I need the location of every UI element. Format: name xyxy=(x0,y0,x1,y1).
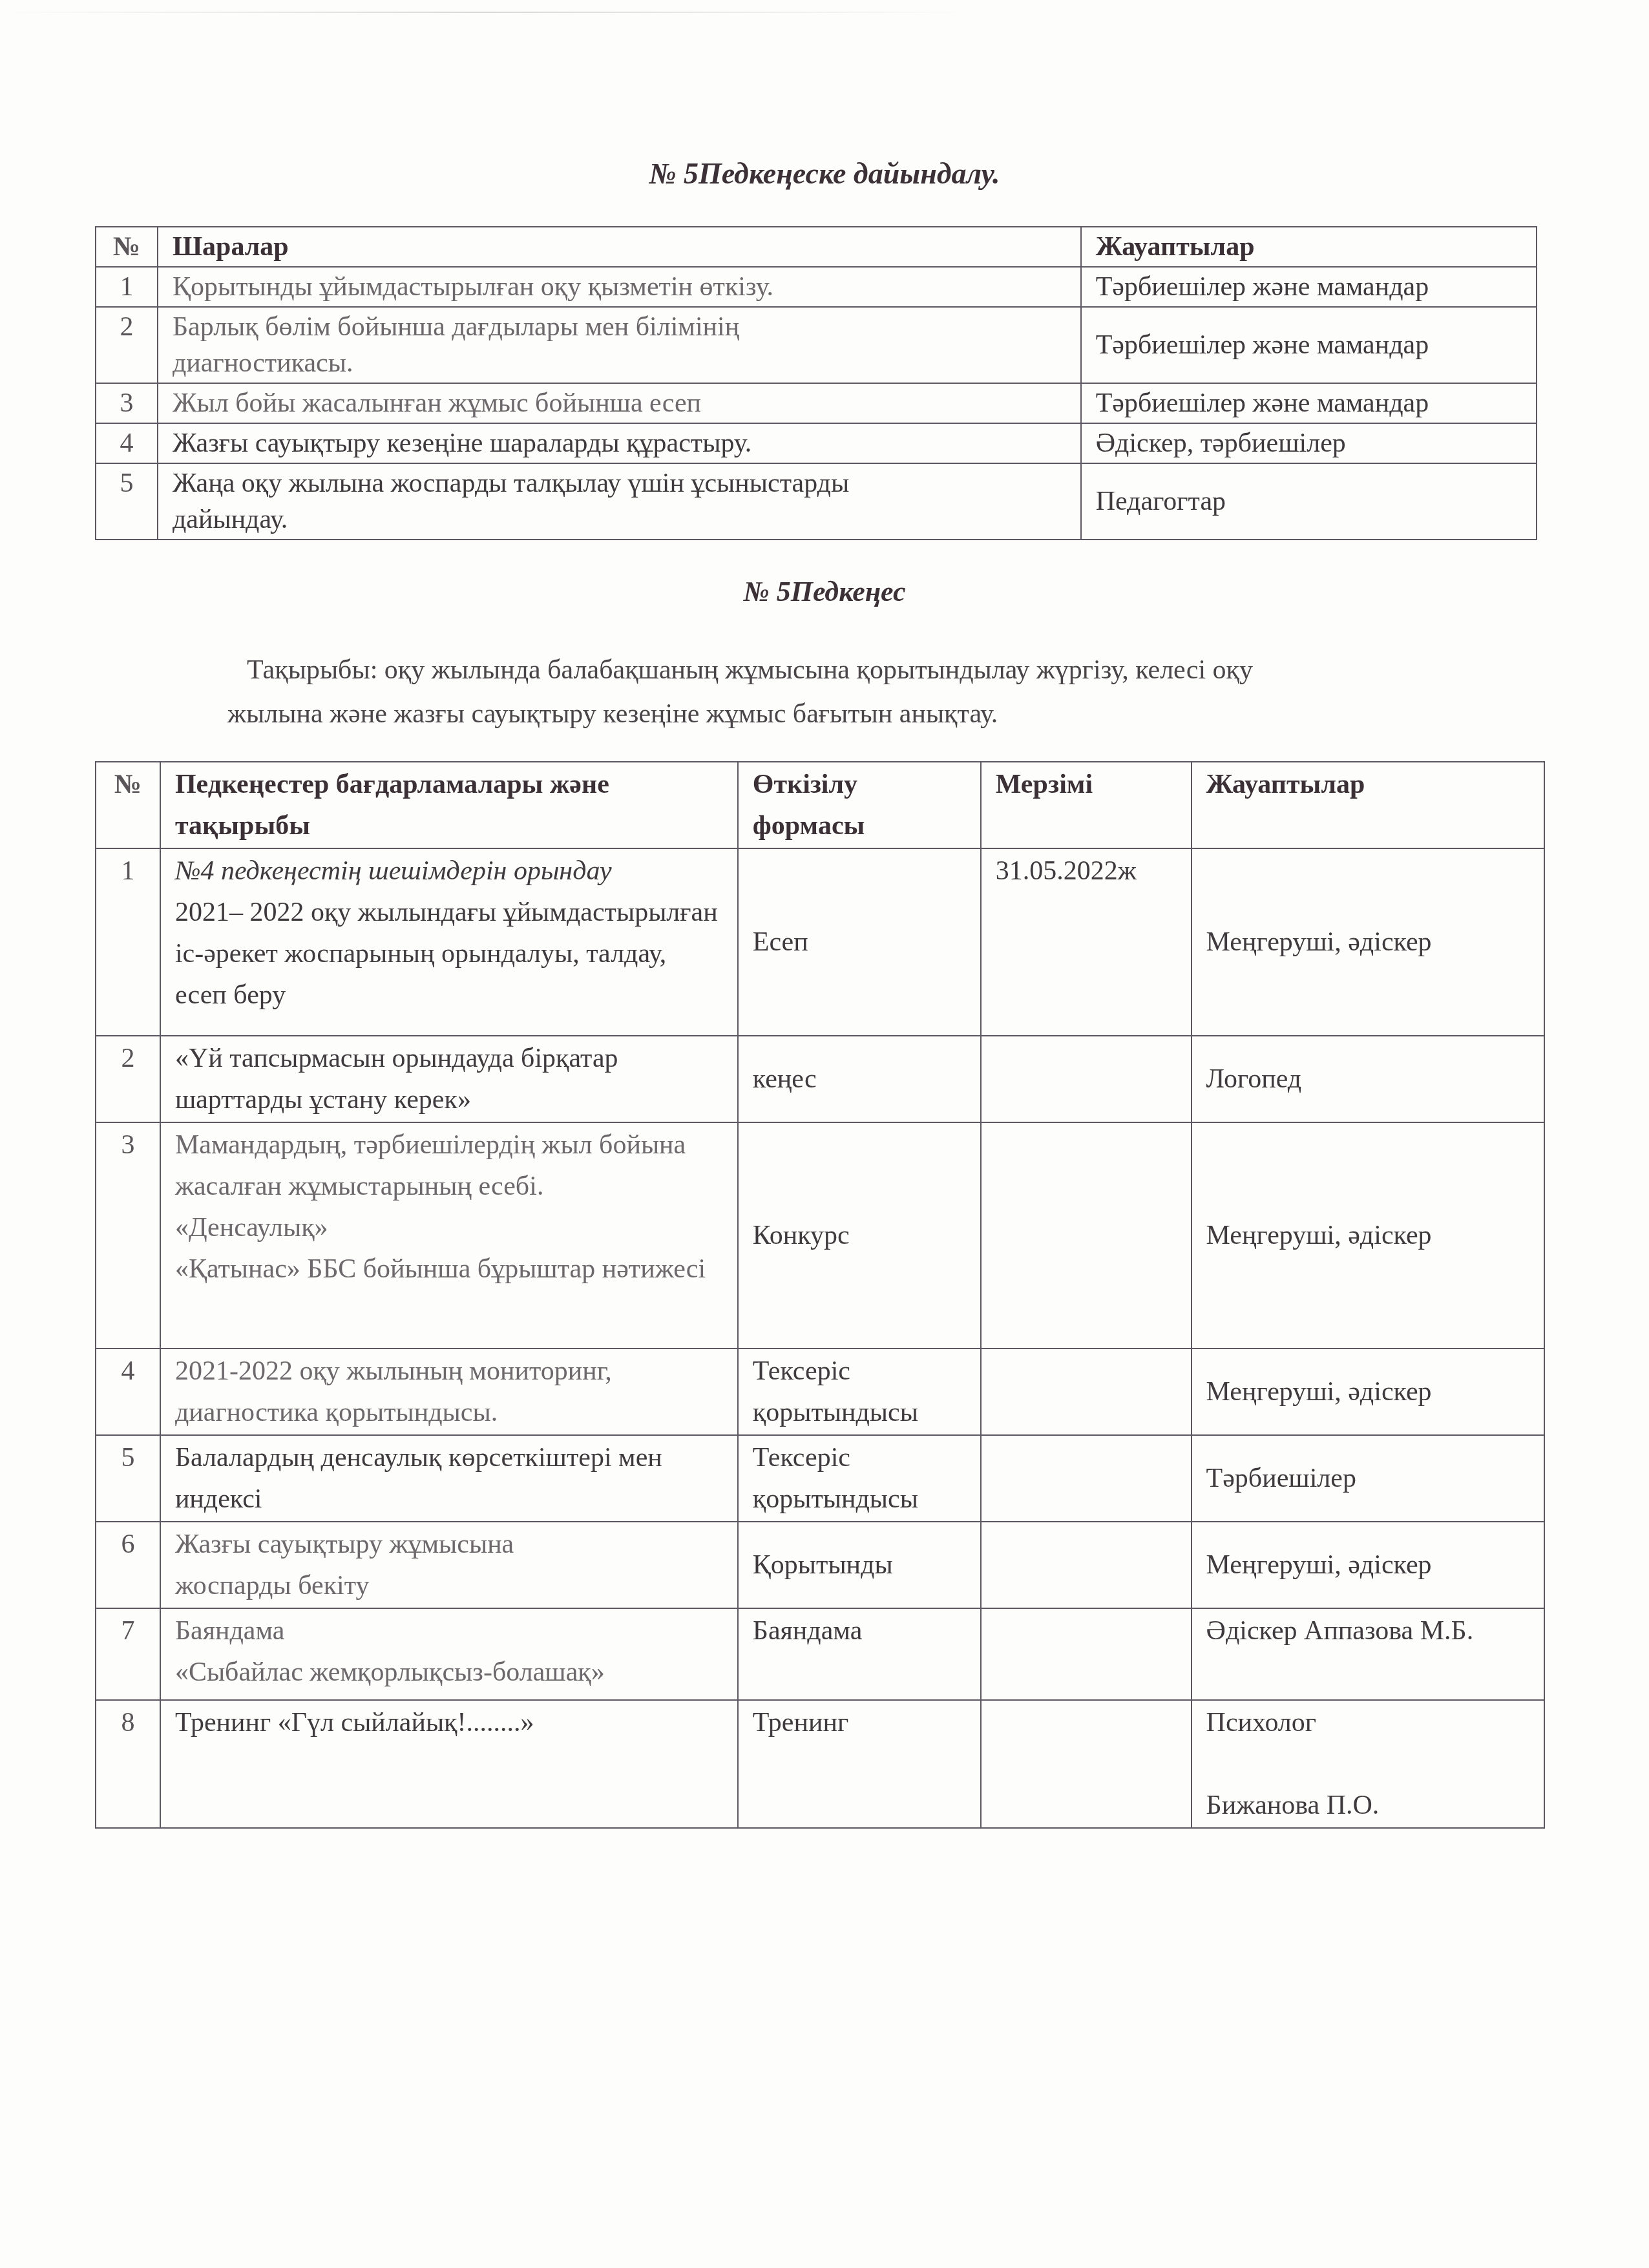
row-program: Жазғы сауықтыру жұмысына жоспарды бекіту xyxy=(160,1522,738,1608)
table-row: 1 Қорытынды ұйымдастырылған оқу қызметін… xyxy=(96,267,1537,307)
row-program: «Үй тапсырмасын орындауда бірқатар шартт… xyxy=(160,1036,738,1122)
row-deadline xyxy=(981,1435,1192,1522)
table-header-row: № Шаралар Жауаптылар xyxy=(96,227,1537,267)
program-italic-line: №4 педкеңестің шешімдерін орындау xyxy=(175,850,723,892)
row-num: 8 xyxy=(96,1700,160,1828)
row-form: Тексеріс қорытындысы xyxy=(738,1435,981,1522)
col-header-responsible: Жауаптылар xyxy=(1192,762,1544,848)
col-header-num: № xyxy=(96,227,158,267)
row-responsible: Меңгеруші, әдіскер xyxy=(1192,1522,1544,1608)
row-responsible: Психолог Бижанова П.О. xyxy=(1192,1700,1544,1828)
row-deadline xyxy=(981,1608,1192,1700)
row-activity: Жыл бойы жасалынған жұмыс бойынша есеп xyxy=(158,383,1081,423)
spacer xyxy=(1206,1743,1529,1785)
row-form: Есеп xyxy=(738,848,981,1036)
row-form: Тренинг xyxy=(738,1700,981,1828)
col-header-activity: Шаралар xyxy=(158,227,1081,267)
row-deadline xyxy=(981,1122,1192,1349)
row-responsible: Меңгеруші, әдіскер xyxy=(1192,1349,1544,1435)
table-row: 4 2021-2022 оқу жылының мониторинг, диаг… xyxy=(96,1349,1544,1435)
row-responsible: Әдіскер, тәрбиешілер xyxy=(1081,423,1537,463)
col-header-form: Өткізілу формасы xyxy=(738,762,981,848)
row-responsible: Меңгеруші, әдіскер xyxy=(1192,1122,1544,1349)
row-num: 5 xyxy=(96,1435,160,1522)
program-line: Баяндама xyxy=(175,1610,723,1652)
row-deadline: 31.05.2022ж xyxy=(981,848,1192,1036)
row-num: 4 xyxy=(96,423,158,463)
table-row: 4 Жазғы сауықтыру кезеңіне шараларды құр… xyxy=(96,423,1537,463)
row-form: Қорытынды xyxy=(738,1522,981,1608)
col-header-num: № xyxy=(96,762,160,848)
program-line: «Денсаулық» xyxy=(175,1207,723,1248)
row-num: 4 xyxy=(96,1349,160,1435)
table-header-row: № Педкеңестер бағдарламалары және тақыры… xyxy=(96,762,1544,848)
section2-title: № 5Педкеңес xyxy=(0,575,1649,608)
row-responsible: Әдіскер Аппазова М.Б. xyxy=(1192,1608,1544,1700)
row-responsible: Меңгеруші, әдіскер xyxy=(1192,848,1544,1036)
row-deadline xyxy=(981,1700,1192,1828)
meeting-topic: Тақырыбы: оқу жылында балабақшаның жұмыс… xyxy=(227,648,1507,736)
row-program: №4 педкеңестің шешімдерін орындау 2021– … xyxy=(160,848,738,1036)
row-activity: Барлық бөлім бойынша дағдылары мен білім… xyxy=(158,307,1081,383)
table-row: 6 Жазғы сауықтыру жұмысына жоспарды бекі… xyxy=(96,1522,1544,1608)
table-row: 3 Жыл бойы жасалынған жұмыс бойынша есеп… xyxy=(96,383,1537,423)
preparation-table: № Шаралар Жауаптылар 1 Қорытынды ұйымдас… xyxy=(95,226,1537,540)
row-form: Тексеріс қорытындысы xyxy=(738,1349,981,1435)
row-num: 1 xyxy=(96,267,158,307)
row-responsible: Тәрбиешілер және мамандар xyxy=(1081,267,1537,307)
row-form: кеңес xyxy=(738,1036,981,1122)
row-responsible: Педагогтар xyxy=(1081,463,1537,540)
program-text: 2021– 2022 оқу жылындағы ұйымдастырылған… xyxy=(175,892,723,1016)
section1-title: № 5Педкеңеске дайындалу. xyxy=(0,156,1649,191)
col-header-responsible: Жауаптылар xyxy=(1081,227,1537,267)
row-num: 3 xyxy=(96,383,158,423)
row-activity: Жаңа оқу жылына жоспарды талқылау үшін ұ… xyxy=(158,463,1081,540)
table-row: 7 Баяндама «Сыбайлас жемқорлықсыз-болаша… xyxy=(96,1608,1544,1700)
program-line: «Сыбайлас жемқорлықсыз-болашақ» xyxy=(175,1652,723,1693)
row-num: 7 xyxy=(96,1608,160,1700)
row-form: Баяндама xyxy=(738,1608,981,1700)
row-activity: Жазғы сауықтыру кезеңіне шараларды құрас… xyxy=(158,423,1081,463)
row-program: 2021-2022 оқу жылының мониторинг, диагно… xyxy=(160,1349,738,1435)
row-responsible: Тәрбиешілер және мамандар xyxy=(1081,383,1537,423)
row-deadline xyxy=(981,1036,1192,1122)
row-responsible: Тәрбиешілер және мамандар xyxy=(1081,307,1537,383)
table-row: 5 Балалардың денсаулық көрсеткіштері мен… xyxy=(96,1435,1544,1522)
responsible-line: Бижанова П.О. xyxy=(1206,1785,1529,1826)
program-line: Мамандардың, тәрбиешілердің жыл бойына ж… xyxy=(175,1124,723,1207)
document-page: № 5Педкеңеске дайындалу. № Шаралар Жауап… xyxy=(0,0,1649,2268)
row-program: Тренинг «Гүл сыйлайық!........» xyxy=(160,1700,738,1828)
topic-line-2: жылына және жазғы сауықтыру кезеңіне жұм… xyxy=(227,692,1507,736)
responsible-line: Психолог xyxy=(1206,1702,1529,1743)
row-program: Балалардың денсаулық көрсеткіштері мен и… xyxy=(160,1435,738,1522)
program-line: «Қатынас» ББС бойынша бұрыштар нәтижесі xyxy=(175,1248,723,1290)
row-deadline xyxy=(981,1522,1192,1608)
scan-artifact xyxy=(0,12,969,13)
topic-line-1: Тақырыбы: оқу жылында балабақшаның жұмыс… xyxy=(227,648,1507,692)
table-row: 1 №4 педкеңестің шешімдерін орындау 2021… xyxy=(96,848,1544,1036)
row-program: Баяндама «Сыбайлас жемқорлықсыз-болашақ» xyxy=(160,1608,738,1700)
row-num: 2 xyxy=(96,307,158,383)
row-num: 1 xyxy=(96,848,160,1036)
row-num: 6 xyxy=(96,1522,160,1608)
row-deadline xyxy=(981,1349,1192,1435)
table-row: 2 Барлық бөлім бойынша дағдылары мен біл… xyxy=(96,307,1537,383)
table-row: 8 Тренинг «Гүл сыйлайық!........» Тренин… xyxy=(96,1700,1544,1828)
row-activity: Қорытынды ұйымдастырылған оқу қызметін ө… xyxy=(158,267,1081,307)
row-program: Мамандардың, тәрбиешілердің жыл бойына ж… xyxy=(160,1122,738,1349)
row-num: 3 xyxy=(96,1122,160,1349)
row-form: Конкурс xyxy=(738,1122,981,1349)
table-row: 2 «Үй тапсырмасын орындауда бірқатар шар… xyxy=(96,1036,1544,1122)
row-responsible: Тәрбиешілер xyxy=(1192,1435,1544,1522)
col-header-deadline: Мерзімі xyxy=(981,762,1192,848)
col-header-program: Педкеңестер бағдарламалары және тақырыбы xyxy=(160,762,738,848)
row-num: 2 xyxy=(96,1036,160,1122)
table-row: 5 Жаңа оқу жылына жоспарды талқылау үшін… xyxy=(96,463,1537,540)
table-row: 3 Мамандардың, тәрбиешілердің жыл бойына… xyxy=(96,1122,1544,1349)
row-responsible: Логопед xyxy=(1192,1036,1544,1122)
row-num: 5 xyxy=(96,463,158,540)
meeting-program-table: № Педкеңестер бағдарламалары және тақыры… xyxy=(95,761,1545,1829)
